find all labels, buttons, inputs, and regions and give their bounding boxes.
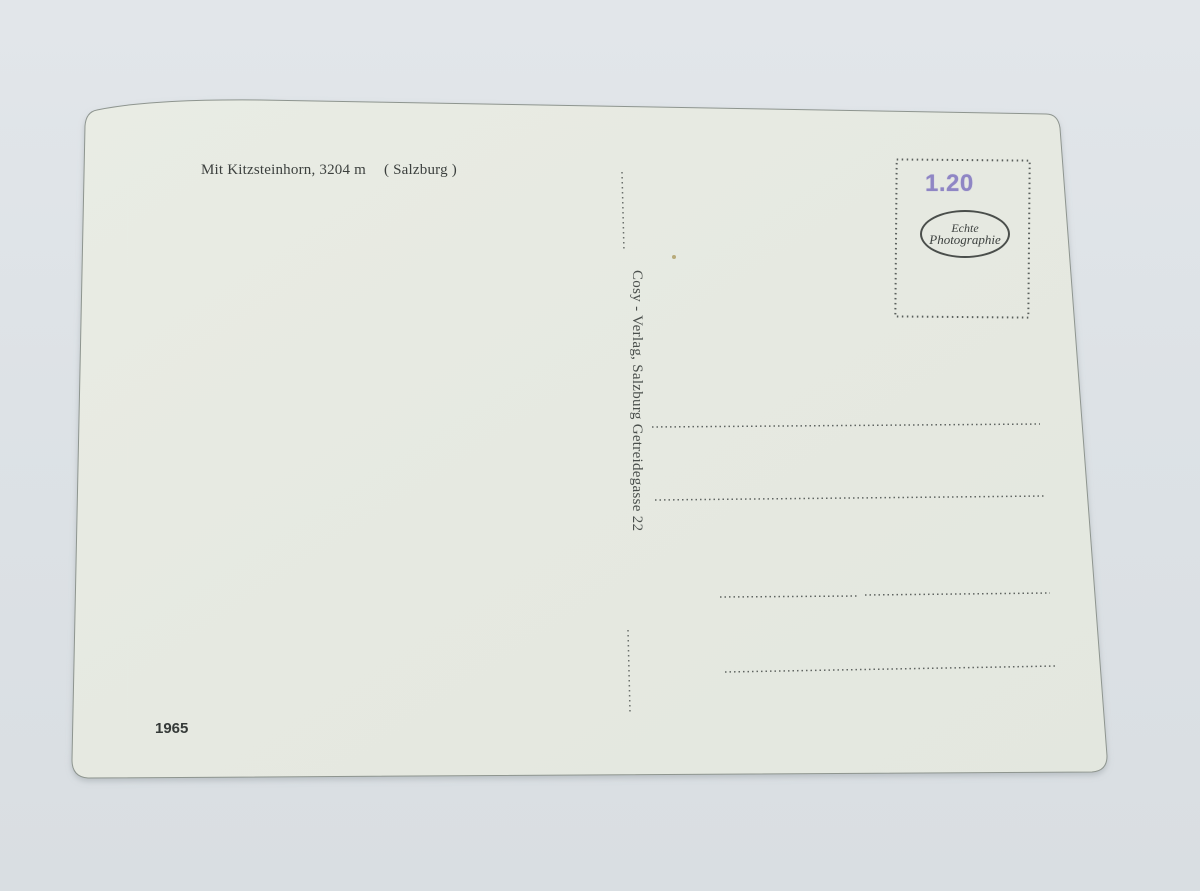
echte-photographie-seal: Echte Photographie	[920, 210, 1010, 258]
price-stamp: 1.20	[925, 170, 974, 198]
postcard-card	[0, 0, 1200, 891]
card-number: 1965	[155, 720, 188, 737]
seal-line-2: Photographie	[929, 234, 1001, 246]
caption-location: Mit Kitzsteinhorn, 3204 m	[201, 162, 366, 178]
caption-region: ( Salzburg )	[384, 162, 457, 178]
publisher-text: Cosy - Verlag, Salzburg Getreidegasse 22	[628, 270, 645, 531]
postcard-back: Mit Kitzsteinhorn, 3204 m( Salzburg ) 19…	[0, 0, 1200, 891]
speck	[672, 255, 676, 259]
caption: Mit Kitzsteinhorn, 3204 m( Salzburg )	[201, 162, 457, 179]
